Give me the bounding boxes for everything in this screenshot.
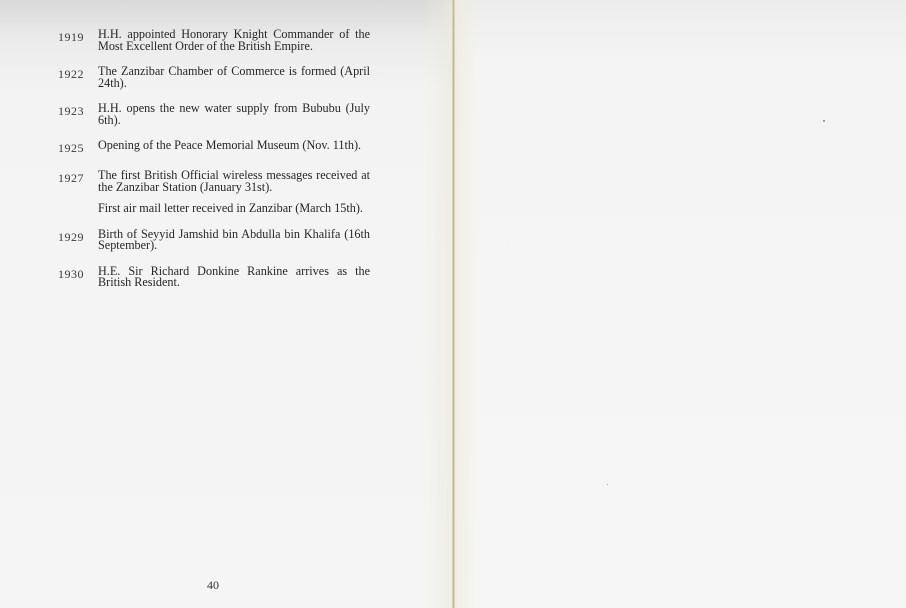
chronology-entry: 1927 The first British Official wireless… [58,170,370,193]
paper-speck [607,484,608,485]
entry-text: H.H. appointed Honorary Knight Commander… [98,29,370,52]
entry-text: Birth of Seyyid Jamshid bin Abdulla bin … [98,229,370,252]
entry-year: 1923 [58,103,98,126]
book-spread: 1919 H.H. appointed Honorary Knight Comm… [0,0,906,608]
entry-year: 1929 [58,229,98,252]
chronology-entry: 1925 Opening of the Peace Memorial Museu… [58,140,370,156]
chronology-entry: 1929 Birth of Seyyid Jamshid bin Abdulla… [58,229,370,252]
entry-text: First air mail letter received in Zanzib… [98,203,370,215]
entry-text: H.E. Sir Richard Donkine Rankine arrives… [98,266,370,289]
chronology-entry: 1930 H.E. Sir Richard Donkine Rankine ar… [58,266,370,289]
entry-text: The Zanzibar Chamber of Commerce is form… [98,66,370,89]
entry-year: 1930 [58,266,98,289]
chronology-entry: 1919 H.H. appointed Honorary Knight Comm… [58,29,370,52]
entry-text: H.H. opens the new water supply from Bub… [98,103,370,126]
entry-year: 1927 [58,170,98,193]
entry-year: 1922 [58,66,98,89]
chronology-list: 1919 H.H. appointed Honorary Knight Comm… [58,29,370,303]
chronology-entry: 1922 The Zanzibar Chamber of Commerce is… [58,66,370,89]
page-number: 40 [207,578,219,593]
right-page [455,0,906,608]
entry-year [58,203,98,215]
chronology-entry: First air mail letter received in Zanzib… [58,203,370,215]
paper-speck [823,120,825,122]
chronology-entry: 1923 H.H. opens the new water supply fro… [58,103,370,126]
left-page: 1919 H.H. appointed Honorary Knight Comm… [0,0,452,608]
entry-year: 1919 [58,29,98,52]
entry-text: Opening of the Peace Memorial Museum (No… [98,140,370,156]
entry-text: The first British Official wireless mess… [98,170,370,193]
entry-year: 1925 [58,140,98,156]
